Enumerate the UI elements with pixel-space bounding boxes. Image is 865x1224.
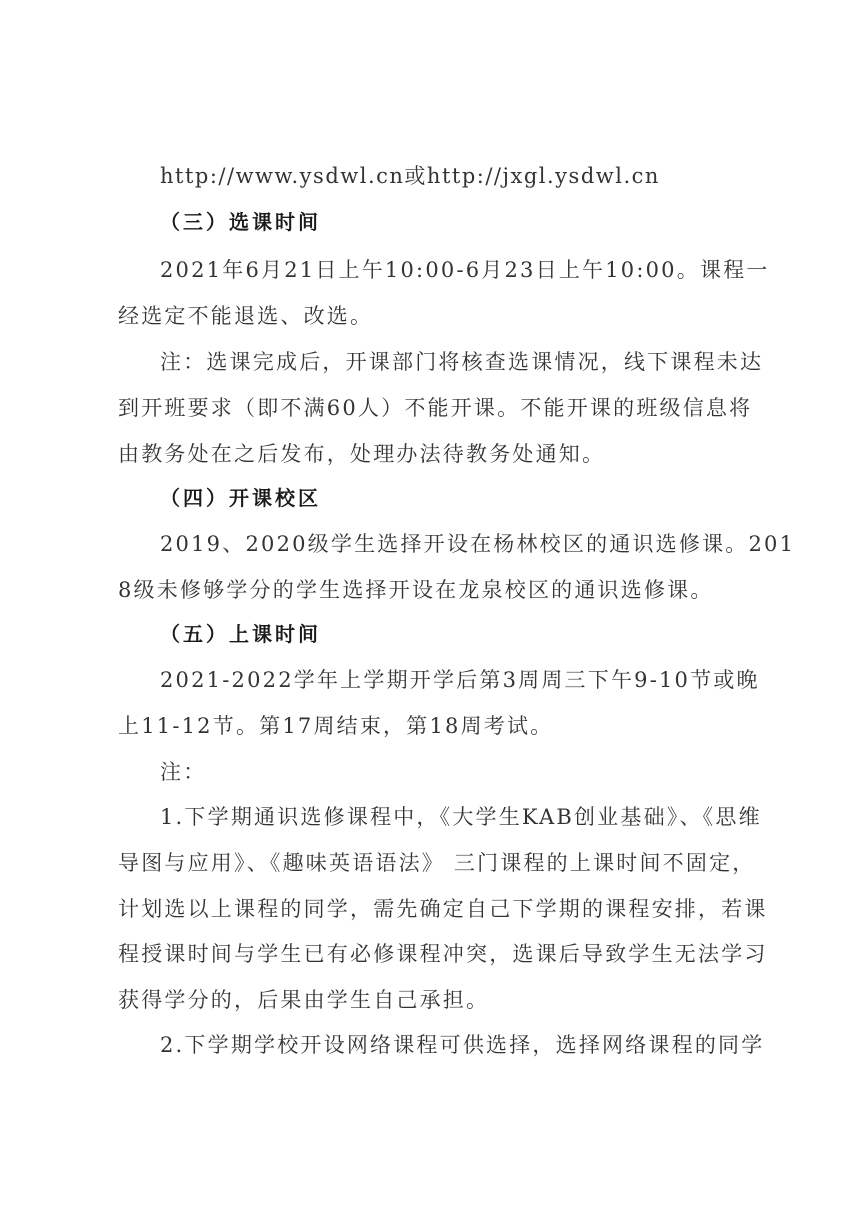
paragraph-line: 上11-12节。第17周结束，第18周考试。 [118, 712, 758, 740]
note-line: 注：选课完成后，开课部门将核查选课情况，线下课程未达 [160, 348, 800, 376]
note-item-line: 获得学分的，后果由学生自己承担。 [118, 986, 758, 1014]
note-item-line: 程授课时间与学生已有必修课程冲突，选课后导致学生无法学习 [118, 940, 758, 968]
note-item-line: 2.下学期学校开设网络课程可供选择，选择网络课程的同学 [160, 1031, 800, 1059]
note-item-line: 计划选以上课程的同学，需先确定自己下学期的课程安排，若课 [118, 895, 758, 923]
note-label: 注： [160, 758, 800, 786]
document-page: http://www.ysdwl.cn或http://jxgl.ysdwl.cn… [0, 0, 865, 1224]
note-line: 到开班要求（即不满60人）不能开课。不能开课的班级信息将 [118, 394, 758, 422]
section-heading-course-selection-time: （三）选课时间 [160, 208, 800, 236]
paragraph-line: 经选定不能退选、改选。 [118, 302, 758, 330]
note-line: 由教务处在之后发布，处理办法待教务处通知。 [118, 440, 758, 468]
note-item-line: 导图与应用》、《趣味英语语法》 三门课程的上课时间不固定， [118, 849, 758, 877]
paragraph-line: 8级未修够学分的学生选择开设在龙泉校区的通识选修课。 [118, 576, 758, 604]
paragraph-line: 2021-2022学年上学期开学后第3周周三下午9-10节或晚 [160, 666, 800, 694]
url-line: http://www.ysdwl.cn或http://jxgl.ysdwl.cn [160, 162, 800, 190]
note-item-line: 1.下学期通识选修课程中，《大学生KAB创业基础》、《思维 [160, 803, 800, 831]
paragraph-line: 2019、2020级学生选择开设在杨林校区的通识选修课。201 [160, 530, 800, 558]
paragraph-line: 2021年6月21日上午10:00-6月23日上午10:00。课程一 [160, 256, 800, 284]
section-heading-campus: （四）开课校区 [160, 484, 800, 512]
section-heading-class-time: （五）上课时间 [160, 620, 800, 648]
